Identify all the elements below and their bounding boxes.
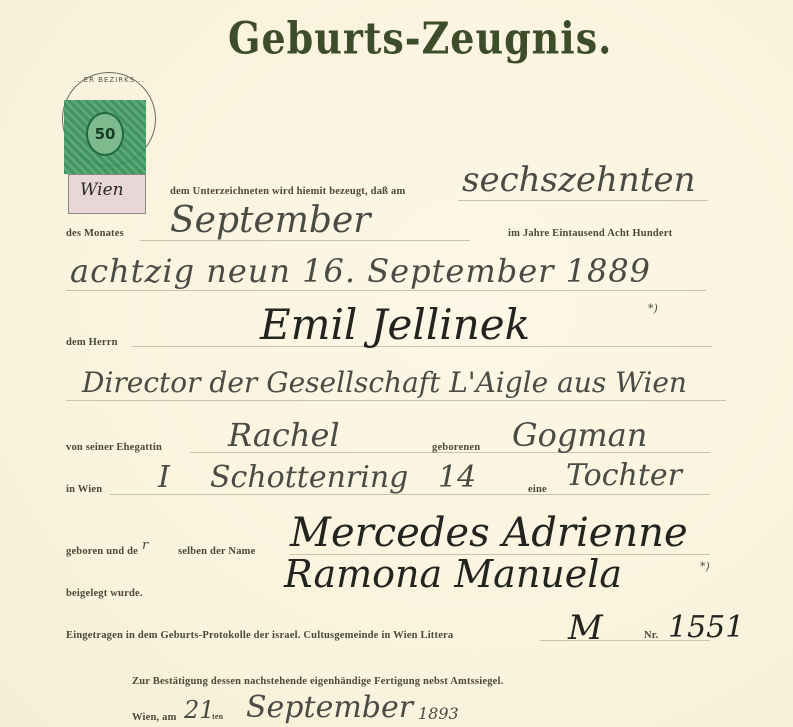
printed-text: Nr. (644, 630, 659, 641)
printed-text: Zur Bestätigung dessen nachstehende eige… (132, 676, 503, 687)
printed-text: dem Unterzeichneten wird hiemit bezeugt,… (170, 186, 405, 197)
printed-text: Eingetragen in dem Geburts-Protokolle de… (66, 630, 453, 641)
mother-first-name: Rachel (228, 416, 340, 454)
printed-text: in Wien (66, 484, 102, 495)
revenue-stamp: ...ER BEZIRKS... 50 Wien (58, 70, 150, 190)
street: Schottenring (210, 460, 408, 495)
printed-text: im Jahre Eintausend Acht Hundert (508, 228, 672, 239)
register-letter: M (568, 608, 603, 648)
issue-day: 21 (184, 696, 215, 724)
printed-text: von seiner Ehegattin (66, 442, 162, 453)
footnote-mark: *) (700, 560, 710, 573)
document-title: Geburts-Zeugnis. (228, 12, 612, 64)
register-number: 1551 (668, 610, 744, 645)
footnote-mark: *) (648, 302, 658, 315)
printed-text: des Monates (66, 228, 124, 239)
child-given-names: Mercedes Adrienne (290, 510, 688, 556)
house-number: 14 (438, 460, 476, 495)
birth-certificate-page: Geburts-Zeugnis. ...ER BEZIRKS... 50 Wie… (0, 0, 793, 727)
printed-text: Wien, am (132, 712, 177, 723)
issue-year: 1893 (418, 704, 459, 723)
printed-text: beigelegt wurde. (66, 588, 143, 599)
child-sex: Tochter (566, 458, 682, 493)
fill-line (66, 290, 706, 291)
child-given-names-2: Ramona Manuela (284, 552, 622, 596)
fill-line (66, 400, 726, 401)
printed-text: ten (212, 712, 223, 721)
fill-line (458, 200, 708, 201)
postmark-text: ...ER BEZIRKS... (74, 76, 145, 84)
stamp-place: Wien (80, 180, 124, 200)
printed-text: geboren und de (66, 546, 138, 557)
printed-text: selben der Name (178, 546, 255, 557)
printed-text: dem Herrn (66, 337, 118, 348)
printed-text: eine (528, 484, 547, 495)
issue-month: September (246, 690, 413, 725)
handwritten-suffix: r (142, 538, 148, 553)
district: I (158, 460, 170, 495)
handwritten-month: September (170, 200, 370, 241)
mother-maiden-name: Gogman (512, 416, 647, 454)
handwritten-year: achtzig neun 16. September 1889 (70, 252, 651, 290)
father-name: Emil Jellinek (260, 300, 530, 349)
handwritten-day: sechszehnten (462, 160, 695, 200)
fill-line (110, 494, 710, 495)
stamp-value: 50 (86, 112, 124, 156)
printed-text: geborenen (432, 442, 480, 453)
father-occupation: Director der Gesellschaft L'Aigle aus Wi… (82, 366, 687, 399)
